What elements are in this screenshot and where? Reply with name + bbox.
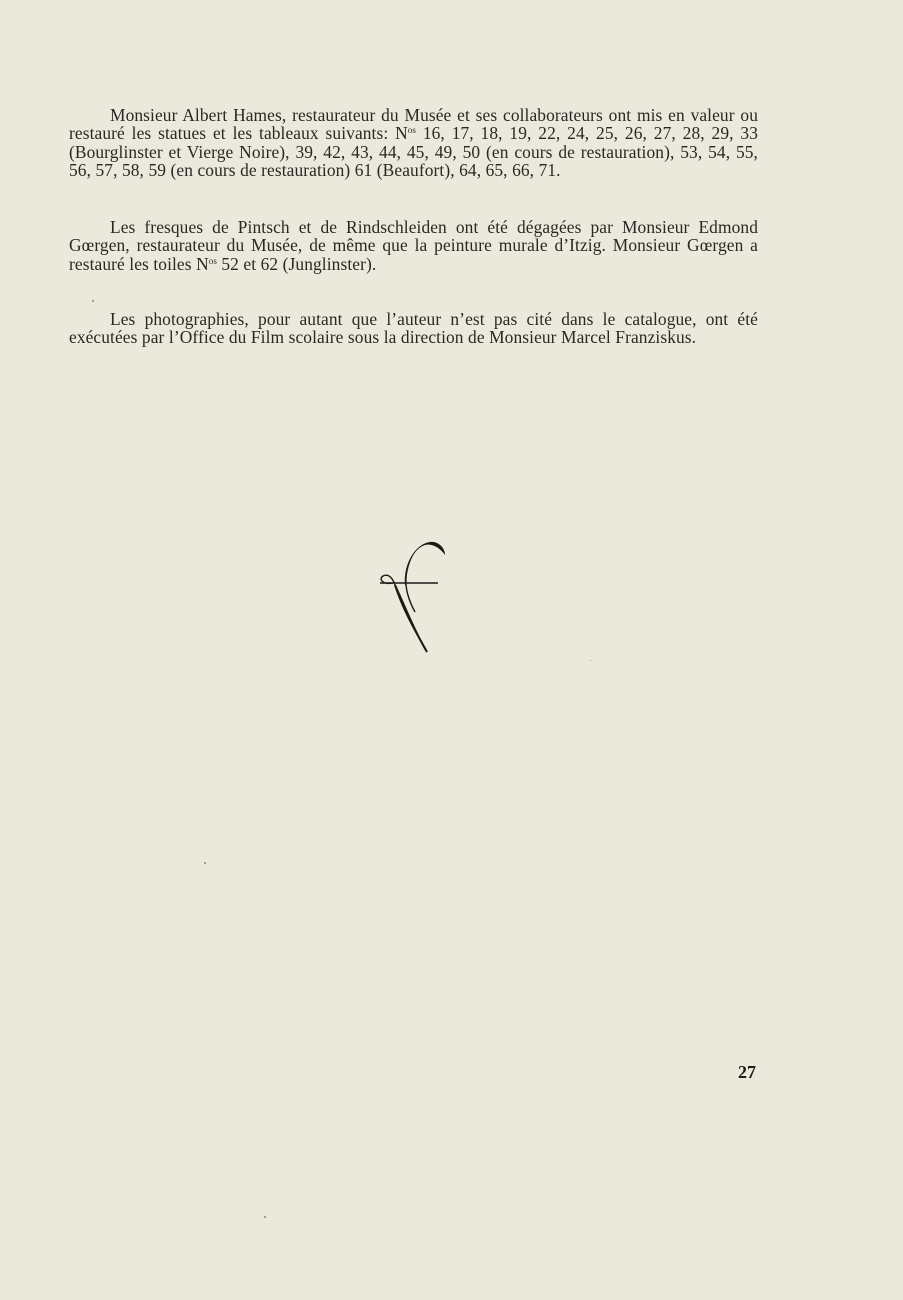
paragraph-frescoes-goergen: Les fresques de Pintsch et de Rindschlei…	[69, 218, 758, 273]
page-number: 27	[738, 1062, 756, 1083]
document-page: Monsieur Albert Hames, restaurateur du M…	[0, 0, 903, 1300]
numero-superscript: os	[408, 125, 416, 135]
calligraphic-ornament-icon	[375, 537, 455, 657]
paragraph-photographs-credit: Les photographies, pour autant que l’aut…	[69, 310, 758, 347]
paper-speck	[590, 660, 591, 661]
paper-speck	[264, 1216, 266, 1218]
paragraph-text: Les fresques de Pintsch et de Rindschlei…	[69, 217, 758, 274]
paragraph-text: Les photographies, pour autant que l’aut…	[69, 309, 758, 347]
paper-speck	[92, 300, 94, 302]
numero-superscript: os	[209, 256, 217, 266]
paragraph-text: 52 et 62 (Junglinster).	[217, 254, 376, 274]
paper-speck	[204, 862, 206, 864]
paragraph-restorations-hames: Monsieur Albert Hames, restaurateur du M…	[69, 106, 758, 180]
